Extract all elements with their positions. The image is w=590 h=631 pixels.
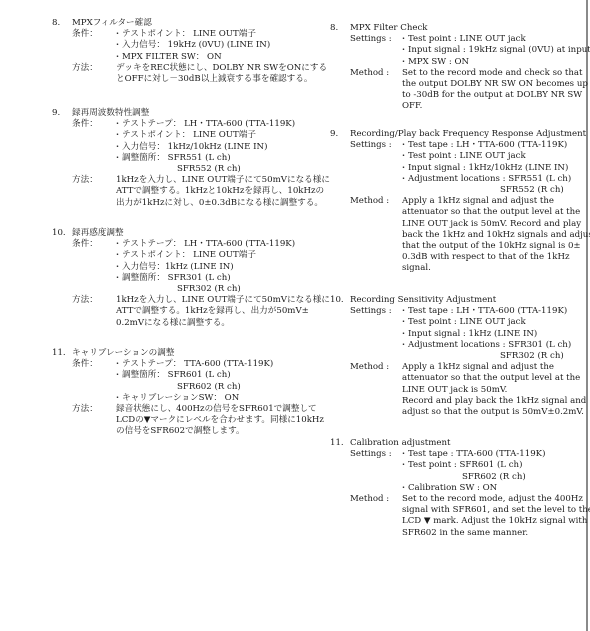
section-number: 9. (52, 108, 72, 119)
settings-label: Settings : (330, 306, 402, 317)
setting-item: Test point : LINE OUT jack (402, 34, 582, 45)
jp-section-heading: 9. 録再周波数特性調整 (52, 108, 292, 119)
method-block: 方法： デッキをREC状態にし、DOLBY NR SWをONにする とOFFに対… (52, 63, 292, 85)
method-line: LINE OUT jack is 50mV. Record and play (402, 219, 582, 230)
en-section-heading: 8. MPX Filter Check (330, 23, 582, 34)
method-line: to -30dB for the output at DOLBY NR SW (402, 90, 582, 101)
en-section-10: 10. Recording Sensitivity Adjustment Set… (330, 295, 582, 418)
method-label: Method : (350, 362, 389, 373)
jp-section-11: 11. キャリブレーションの調整 条件： テストテープ： TTA-600 (TT… (52, 348, 292, 438)
condition-item-continued: SFR602 (R ch) (52, 382, 292, 393)
setting-item: Adjustment locations : SFR301 (L ch) (330, 340, 582, 351)
conditions-row: 条件： テストポイント： LINE OUT端子 (52, 29, 292, 40)
method-block: 方法： 録音状態にし、400Hzの信号をSFR601で調整して LCDの▼マーク… (52, 404, 292, 438)
setting-item-continued: SFR552 (R ch) (330, 185, 582, 196)
method-block: Method : Apply a 1kHz signal and adjust … (330, 362, 582, 418)
setting-item: Test tape : LH・TTA-600 (TTA-119K) (402, 306, 582, 317)
condition-item: テストテープ： LH・TTA-600 (TTA-119K) (116, 239, 295, 250)
method-line: signal with SFR601, and set the level to… (402, 505, 582, 516)
settings-row: Settings : Test tape : LH・TTA-600 (TTA-1… (330, 140, 582, 151)
section-title: Calibration adjustment (350, 438, 450, 449)
condition-item: テストテープ： LH・TTA-600 (TTA-119K) (116, 119, 295, 130)
method-line: attenuator so that the output level at t… (402, 373, 582, 384)
setting-item-continued: SFR602 (R ch) (330, 472, 582, 483)
condition-item: 入力信号： 1kHz/10kHz (LINE IN) (52, 142, 292, 153)
conditions-row: 条件： テストテープ： LH・TTA-600 (TTA-119K) (52, 119, 292, 130)
conditions-label: 条件： (52, 239, 116, 250)
setting-item: Test point : SFR601 (L ch) (330, 460, 582, 471)
conditions-label: 条件： (52, 359, 116, 370)
condition-item: MPX FILTER SW： ON (52, 52, 292, 63)
section-number: 10. (330, 295, 350, 306)
method-line: の信号をSFR602で調整します。 (116, 426, 292, 437)
method-line: ATTで調整する。1kHzを録再し、出力が50mV± (116, 306, 292, 317)
section-number: 8. (330, 23, 350, 34)
method-line: Apply a 1kHz signal and adjust the (402, 196, 582, 207)
method-block: Method : Set to the record mode, adjust … (330, 494, 582, 539)
method-line: adjust so that the output is 50mV±0.2mV. (402, 407, 582, 418)
method-line: 1kHzを入力し、LINE OUT端子にて50mVになる様に (116, 175, 292, 186)
jp-section-heading: 8. MPXフィルター確認 (52, 18, 292, 29)
section-number: 9. (330, 129, 350, 140)
method-line: 録音状態にし、400Hzの信号をSFR601で調整して (116, 404, 292, 415)
setting-item: MPX SW : ON (330, 57, 582, 68)
condition-item: 調整箇所： SFR551 (L ch) (52, 153, 292, 164)
condition-item: 入力信号：1kHz (LINE IN) (52, 262, 292, 273)
method-line: LINE OUT jack is 50mV. (402, 385, 582, 396)
method-line: ATTで調整する。1kHzと10kHzを録再し、10kHzの (116, 186, 292, 197)
condition-item: 調整箇所： SFR301 (L ch) (52, 273, 292, 284)
settings-row: Settings : Test point : LINE OUT jack (330, 34, 582, 45)
jp-section-10: 10. 録再感度調整 条件： テストテープ： LH・TTA-600 (TTA-1… (52, 228, 292, 329)
condition-item: キャリブレーションSW： ON (52, 393, 292, 404)
section-number: 11. (330, 438, 350, 449)
method-line: LCDの▼マークにレベルを合わせます。同様に10kHz (116, 415, 292, 426)
section-title: 録再周波数特性調整 (72, 108, 149, 119)
method-block: Method : Apply a 1kHz signal and adjust … (330, 196, 582, 274)
jp-section-heading: 10. 録再感度調整 (52, 228, 292, 239)
en-section-9: 9. Recording/Play back Frequency Respons… (330, 129, 582, 275)
method-line: back the 1kHz and 10kHz signals and adju… (402, 230, 582, 241)
method-label: Method : (350, 494, 389, 505)
condition-item: テストテープ： TTA-600 (TTA-119K) (116, 359, 292, 370)
section-number: 10. (52, 228, 72, 239)
page-edge-rule (586, 0, 588, 631)
setting-item: Calibration SW : ON (330, 483, 582, 494)
method-line: Record and play back the 1kHz signal and (402, 396, 582, 407)
section-title: キャリブレーションの調整 (72, 348, 174, 359)
section-title: MPX Filter Check (350, 23, 428, 34)
condition-item-continued: SFR552 (R ch) (52, 164, 292, 175)
method-line: 出力が1kHzに対し、0±0.3dBになる様に調整する。 (116, 198, 292, 209)
method-label: 方法： (72, 175, 98, 186)
method-block: Method : Set to the record mode and chec… (330, 68, 582, 113)
method-line: SFR602 in the same manner. (402, 528, 582, 539)
method-line: signal. (402, 263, 582, 274)
method-line: とOFFに対し－30dB以上減衰する事を確認する。 (116, 74, 292, 85)
method-line: Apply a 1kHz signal and adjust the (402, 362, 582, 373)
conditions-row: 条件： テストテープ： LH・TTA-600 (TTA-119K) (52, 239, 292, 250)
en-section-heading: 11. Calibration adjustment (330, 438, 582, 449)
settings-label: Settings : (330, 34, 402, 45)
method-line: 0.3dB with respect to that of the 1kHz (402, 252, 582, 263)
condition-item: 入力信号： 19kHz (0VU) (LINE IN) (52, 40, 292, 51)
setting-item: Test point : LINE OUT jack (330, 151, 582, 162)
setting-item: Test point : LINE OUT jack (330, 317, 582, 328)
jp-section-9: 9. 録再周波数特性調整 条件： テストテープ： LH・TTA-600 (TTA… (52, 108, 292, 209)
section-title: Recording/Play back Frequency Response A… (350, 129, 586, 140)
setting-item-continued: SFR302 (R ch) (330, 351, 582, 362)
condition-item-continued: SFR302 (R ch) (52, 284, 292, 295)
settings-label: Settings : (330, 140, 402, 151)
method-line: LCD ▼ mark. Adjust the 10kHz signal with (402, 516, 582, 527)
method-line: デッキをREC状態にし、DOLBY NR SWをONにする (116, 63, 292, 74)
method-block: 方法： 1kHzを入力し、LINE OUT端子にて50mVになる様に ATTで調… (52, 175, 292, 209)
setting-item: Adjustment locations : SFR551 (L ch) (330, 174, 582, 185)
setting-item: Test tape : TTA-600 (TTA-119K) (402, 449, 582, 460)
method-line: OFF. (402, 101, 582, 112)
section-title: 録再感度調整 (72, 228, 124, 239)
en-section-8: 8. MPX Filter Check Settings : Test poin… (330, 23, 582, 113)
setting-item: Test tape : LH・TTA-600 (TTA-119K) (402, 140, 582, 151)
section-title: MPXフィルター確認 (72, 18, 152, 29)
jp-section-8: 8. MPXフィルター確認 条件： テストポイント： LINE OUT端子 入力… (52, 18, 292, 85)
method-label: 方法： (72, 404, 98, 415)
method-line: 1kHzを入力し、LINE OUT端子にて50mVになる様に (116, 295, 292, 306)
method-label: Method : (350, 68, 389, 79)
method-label: 方法： (72, 295, 98, 306)
conditions-label: 条件： (52, 119, 116, 130)
method-label: 方法： (72, 63, 98, 74)
condition-item: テストポイント： LINE OUT端子 (52, 250, 292, 261)
condition-item: テストポイント： LINE OUT端子 (52, 130, 292, 141)
section-title: Recording Sensitivity Adjustment (350, 295, 496, 306)
en-section-heading: 9. Recording/Play back Frequency Respons… (330, 129, 582, 140)
method-line: Set to the record mode, adjust the 400Hz (402, 494, 582, 505)
method-line: Set to the record mode and check so that (402, 68, 582, 79)
condition-item: 調整箇所： SFR601 (L ch) (52, 370, 292, 381)
method-block: 方法： 1kHzを入力し、LINE OUT端子にて50mVになる様に ATTで調… (52, 295, 292, 329)
condition-item: テストポイント： LINE OUT端子 (116, 29, 292, 40)
method-line: the output DOLBY NR SW ON becomes up (402, 79, 582, 90)
method-line: attenuator so that the output level at t… (402, 207, 582, 218)
jp-section-heading: 11. キャリブレーションの調整 (52, 348, 292, 359)
manual-page: 8. MPXフィルター確認 条件： テストポイント： LINE OUT端子 入力… (0, 0, 590, 631)
method-label: Method : (350, 196, 389, 207)
setting-item: Input signal : 1kHz/10kHz (LINE IN) (330, 163, 582, 174)
settings-row: Settings : Test tape : LH・TTA-600 (TTA-1… (330, 306, 582, 317)
conditions-row: 条件： テストテープ： TTA-600 (TTA-119K) (52, 359, 292, 370)
setting-item: Input signal : 19kHz signal (0VU) at inp… (330, 45, 582, 56)
method-line: 0.2mVになる様に調整する。 (116, 318, 292, 329)
section-number: 8. (52, 18, 72, 29)
conditions-label: 条件： (52, 29, 116, 40)
en-section-heading: 10. Recording Sensitivity Adjustment (330, 295, 582, 306)
method-line: that the output of the 10kHz signal is 0… (402, 241, 582, 252)
en-section-11: 11. Calibration adjustment Settings : Te… (330, 438, 582, 539)
setting-item: Input signal : 1kHz (LINE IN) (330, 329, 582, 340)
section-number: 11. (52, 348, 72, 359)
settings-row: Settings : Test tape : TTA-600 (TTA-119K… (330, 449, 582, 460)
settings-label: Settings : (330, 449, 402, 460)
